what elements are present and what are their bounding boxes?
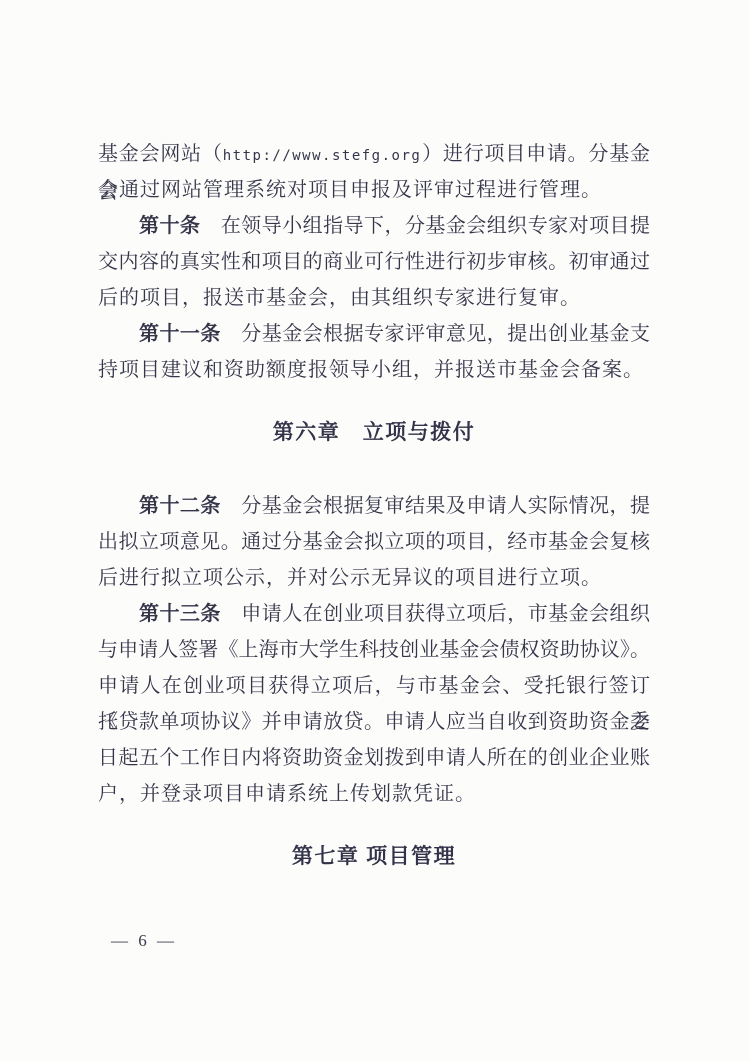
text-line: 第十条 在领导小组指导下，分基金会组织专家对项目提: [98, 208, 650, 244]
body-text: 交内容的真实性和项目的商业可行性进行初步审核。初审通过: [98, 251, 650, 273]
article-number: 第十一条: [139, 323, 221, 345]
text-line: 托贷款单项协议》并申请放贷。申请人应当自收到资助资金之: [98, 704, 650, 740]
body-text: 后的项目，报送市基金会，由其组织专家进行复审。: [98, 287, 581, 309]
body-text: 户，并登录项目申请系统上传划款凭证。: [98, 783, 476, 805]
text-line: 第十三条 申请人在创业项目获得立项后，市基金会组织: [98, 596, 650, 632]
text-line: 交内容的真实性和项目的商业可行性进行初步审核。初审通过: [98, 244, 650, 280]
body-text: 申请人在创业项目获得立项后，市基金会组织: [221, 603, 650, 625]
body-text: 持项目建议和资助额度报领导小组，并报送市基金会备案。: [98, 359, 644, 381]
body-text: 日起五个工作日内将资助资金划拨到申请人所在的创业企业账: [98, 747, 650, 769]
body-text: 后进行拟立项公示，并对公示无异议的项目进行立项。: [98, 567, 602, 589]
body-text: 会通过网站管理系统对项目申报及评审过程进行管理。: [98, 179, 602, 201]
page-number: — 6 —: [111, 931, 177, 951]
url-text: http://www.stefg.org: [223, 148, 422, 164]
document-page: 基金会网站（http://www.stefg.org）进行项目申请。分基金会会通…: [0, 0, 750, 1061]
text-line: 申请人在创业项目获得立项后，与市基金会、受托银行签订《委: [98, 668, 650, 704]
text-line: 持项目建议和资助额度报领导小组，并报送市基金会备案。: [98, 352, 650, 388]
text-line: 基金会网站（http://www.stefg.org）进行项目申请。分基金会: [98, 136, 650, 172]
body-text: 分基金会根据复审结果及申请人实际情况，提: [221, 495, 650, 517]
article-10: 第十条 在领导小组指导下，分基金会组织专家对项目提交内容的真实性和项目的商业可行…: [98, 208, 650, 316]
body-text: 基金会网站（: [98, 143, 223, 165]
text-line: 与申请人签署《上海市大学生科技创业基金会债权资助协议》。: [98, 632, 650, 668]
text-line: 日起五个工作日内将资助资金划拨到申请人所在的创业企业账: [98, 740, 650, 776]
para-application-continued: 基金会网站（http://www.stefg.org）进行项目申请。分基金会会通…: [98, 136, 650, 208]
article-number: 第十条: [139, 215, 200, 237]
text-line: 第十二条 分基金会根据复审结果及申请人实际情况，提: [98, 488, 650, 524]
body-text: 出拟立项意见。通过分基金会拟立项的项目，经市基金会复核: [98, 531, 650, 553]
article-number: 第十三条: [139, 603, 221, 625]
document-body: 基金会网站（http://www.stefg.org）进行项目申请。分基金会会通…: [98, 136, 650, 912]
chapter-7-heading: 第七章 项目管理: [98, 838, 650, 874]
text-line: 后进行拟立项公示，并对公示无异议的项目进行立项。: [98, 560, 650, 596]
article-number: 第十二条: [139, 495, 221, 517]
text-line: 出拟立项意见。通过分基金会拟立项的项目，经市基金会复核: [98, 524, 650, 560]
article-11: 第十一条 分基金会根据专家评审意见，提出创业基金支持项目建议和资助额度报领导小组…: [98, 316, 650, 388]
text-line: 会通过网站管理系统对项目申报及评审过程进行管理。: [98, 172, 650, 208]
body-text: 托贷款单项协议》并申请放贷。申请人应当自收到资助资金之: [98, 711, 650, 733]
text-line: 后的项目，报送市基金会，由其组织专家进行复审。: [98, 280, 650, 316]
chapter-6-heading: 第六章 立项与拨付: [98, 414, 650, 450]
article-13: 第十三条 申请人在创业项目获得立项后，市基金会组织与申请人签署《上海市大学生科技…: [98, 596, 650, 812]
article-12: 第十二条 分基金会根据复审结果及申请人实际情况，提出拟立项意见。通过分基金会拟立…: [98, 488, 650, 596]
body-text: 在领导小组指导下，分基金会组织专家对项目提: [200, 215, 650, 237]
body-text: 与申请人签署《上海市大学生科技创业基金会债权资助协议》。: [98, 639, 650, 661]
text-line: 户，并登录项目申请系统上传划款凭证。: [98, 776, 650, 812]
body-text: 分基金会根据专家评审意见，提出创业基金支: [221, 323, 650, 345]
text-line: 第十一条 分基金会根据专家评审意见，提出创业基金支: [98, 316, 650, 352]
